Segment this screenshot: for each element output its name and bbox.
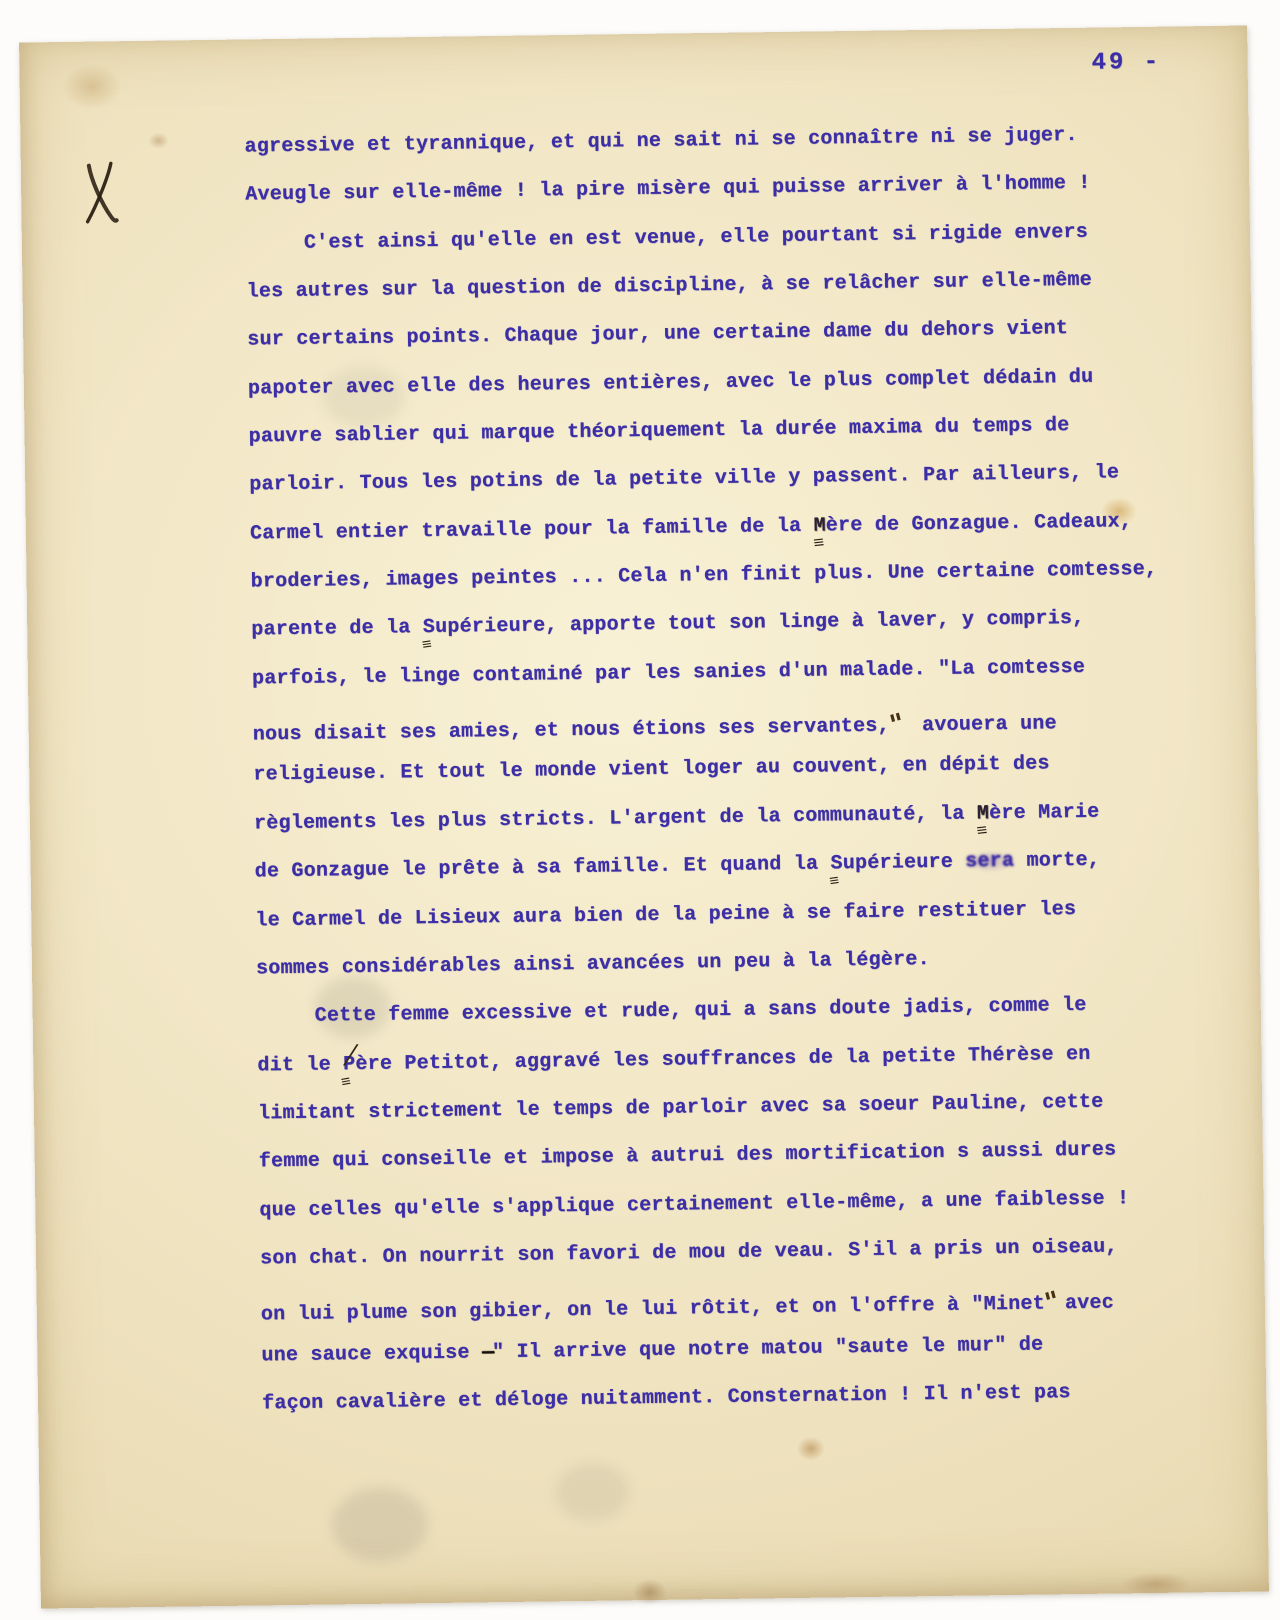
typed-text: avouera une (910, 712, 1057, 737)
pencil-smudge (331, 1487, 428, 1562)
capitalization-correction: S (423, 616, 436, 639)
pencil-smudge (555, 1462, 630, 1521)
foxing-stain (1121, 1571, 1191, 1596)
foxing-stain (148, 133, 168, 149)
foxing-stain (633, 1579, 667, 1605)
capitalization-correction: M (977, 802, 990, 825)
document-page: 49 - agressive et tyrannique, et qui ne … (19, 26, 1269, 1609)
typed-text: ère Marie (989, 800, 1100, 825)
typed-text: dit le (257, 1053, 343, 1077)
typed-text: nous disait ses amies, et nous étions se… (253, 715, 890, 747)
foxing-stain (61, 63, 122, 110)
typed-text: upérieure (843, 851, 966, 876)
typed-text: ère de Gonzague. Cadeaux, (826, 510, 1133, 537)
typed-text: agressive et tyrannique, et qui ne sait … (244, 124, 1077, 159)
capitalization-correction: M (813, 514, 826, 537)
overtyped-word: sera (965, 850, 1014, 874)
typed-text: parente de la (251, 617, 423, 642)
typed-text: avec (1065, 1292, 1114, 1316)
page-number: 49 - (1091, 49, 1161, 77)
capitalization-correction: P (343, 1053, 356, 1076)
typed-lines: agressive et tyrannique, et qui ne sait … (244, 122, 1222, 1441)
foxing-stain (797, 1437, 825, 1461)
inked-dash: — (482, 1341, 492, 1364)
handwritten-x-mark (75, 159, 130, 234)
typed-text: morte, (1014, 849, 1100, 873)
capitalization-correction: S (830, 852, 843, 875)
typed-text: on lui plume son gibier, on le lui rôtit… (261, 1293, 1045, 1327)
typed-text: une sauce exquise (261, 1341, 482, 1367)
